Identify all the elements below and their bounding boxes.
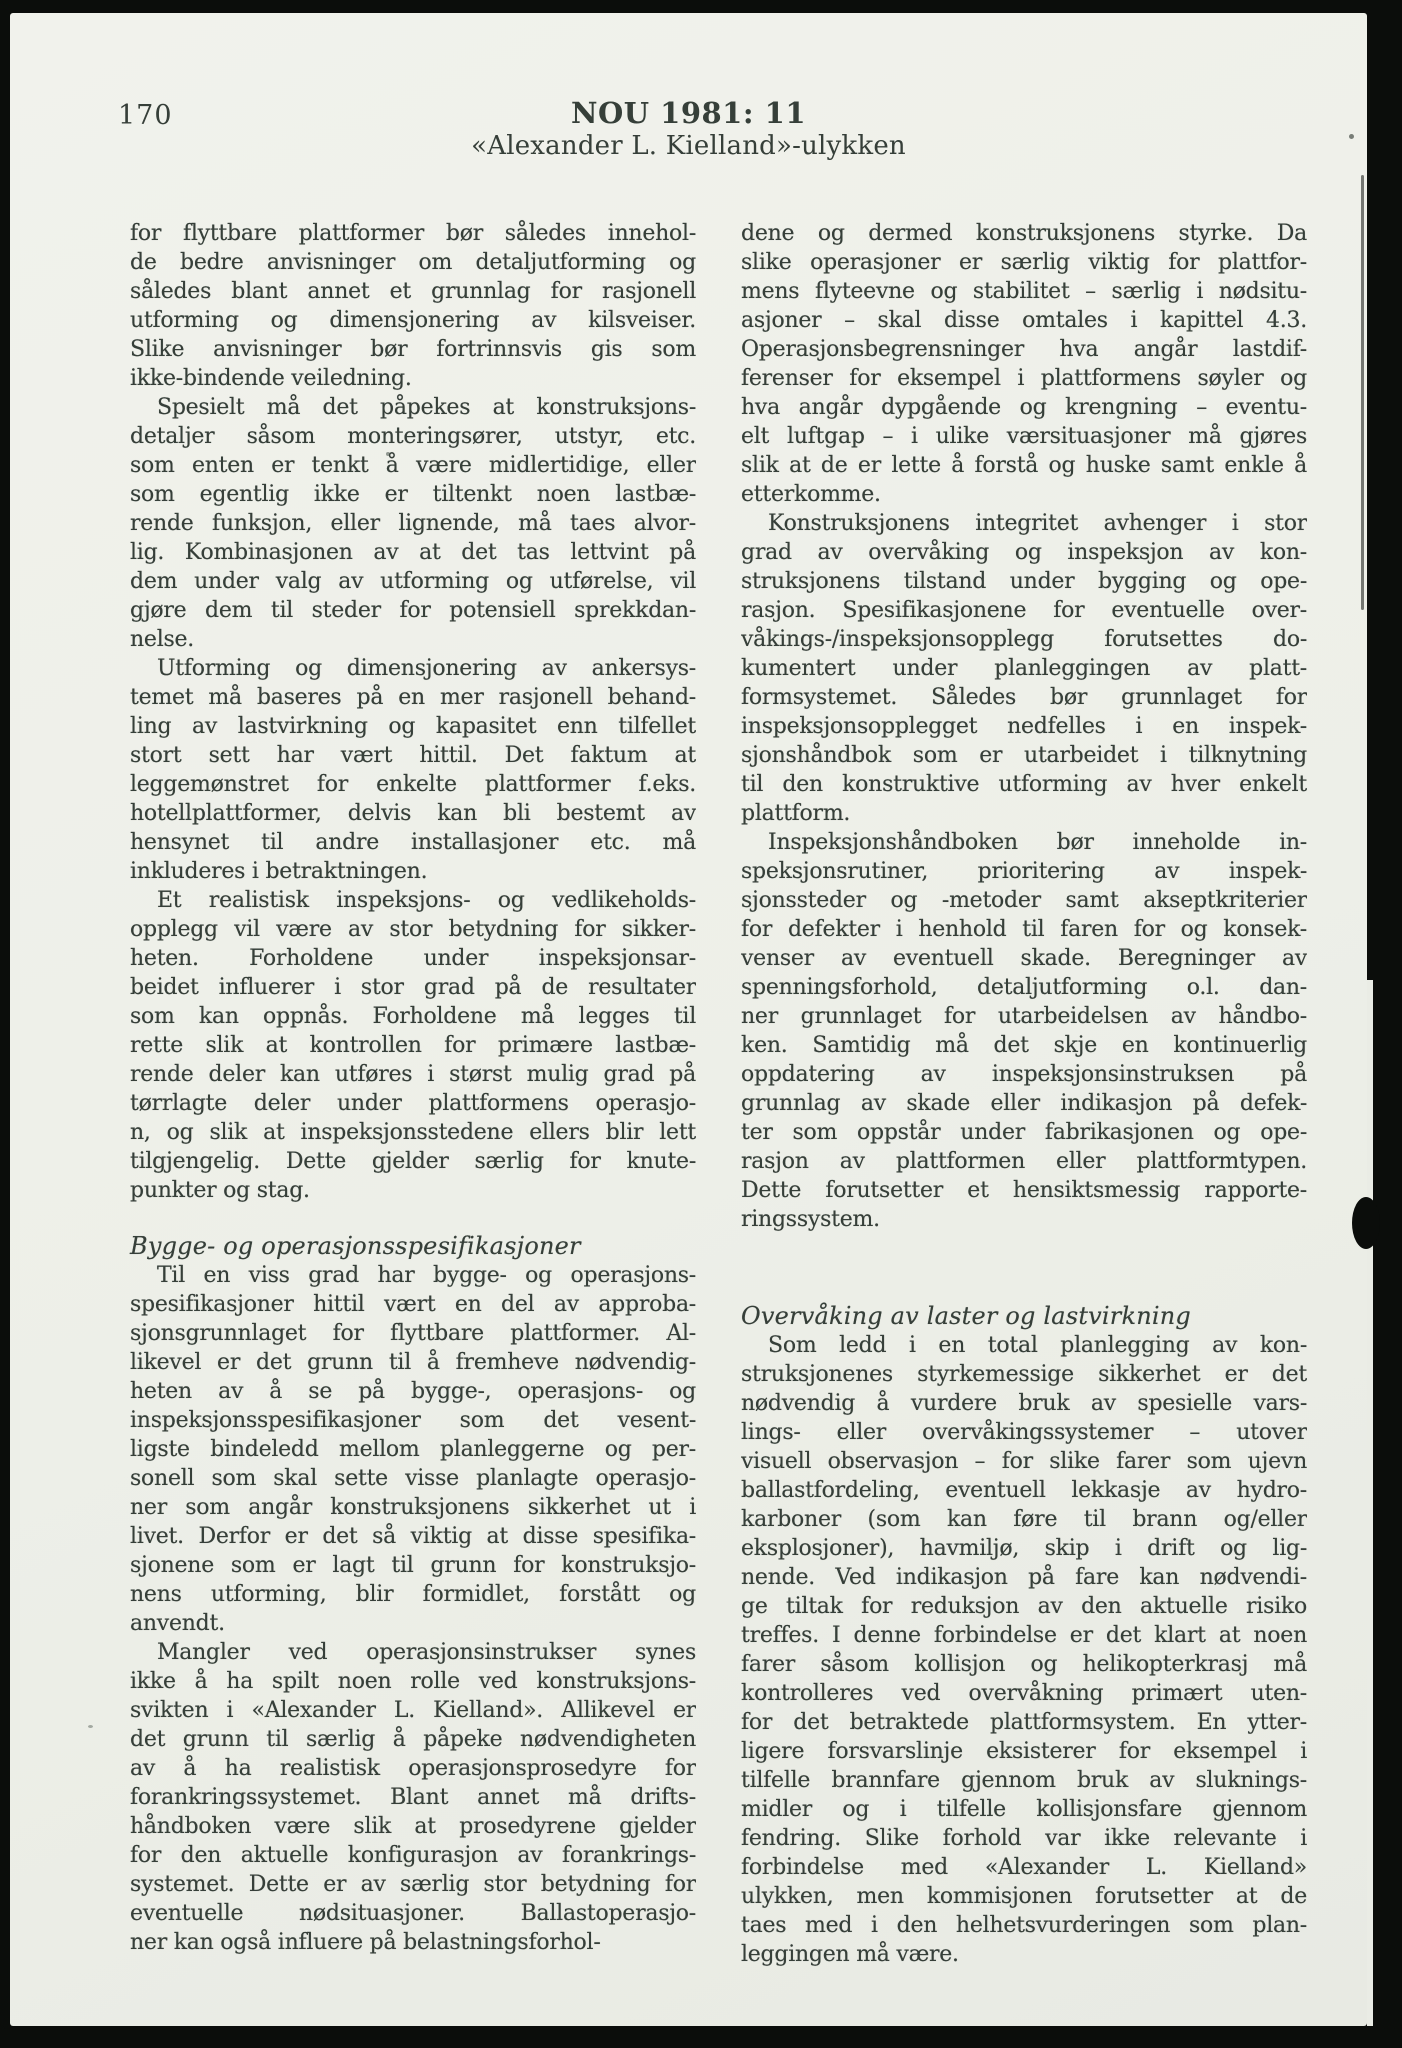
text-line: inspeksjonsopplegget nedfelles i en insp… [741,712,1307,741]
text-line: hotellplattformer, delvis kan bli bestem… [130,799,696,828]
paragraph: Utforming og dimensjonering av ankersys-… [130,654,696,886]
text-line: Operasjonsbegrensninger hva angår lastdi… [741,335,1307,364]
text-line: tilfelle brannfare gjennom bruk av slukn… [741,1766,1307,1795]
text-line: farer såsom kollisjon og helikopterkrasj… [741,1650,1307,1679]
text-line: kontrolleres ved overvåkning primært ute… [741,1679,1307,1708]
text-line: sonell som skal sette visse planlagte op… [130,1464,696,1493]
text-line: ligste bindeledd mellom planleggerne og … [130,1435,696,1464]
text-line: sjonsgrunnlaget for flyttbare plattforme… [130,1319,696,1348]
text-line: struksjonenes styrkemessige sikkerhet er… [741,1360,1307,1389]
text-line: nende. Ved indikasjon på fare kan nødven… [741,1563,1307,1592]
text-line: som enten er tenkt å være midlertidige, … [130,451,696,480]
text-line: Konstruksjonens integritet avhenger i st… [741,509,1307,538]
paragraph: Konstruksjonens integritet avhenger i st… [741,509,1307,828]
text-line: ge tiltak for reduksjon av den aktuelle … [741,1592,1307,1621]
text-line: elt luftgap – i ulike værsituasjoner må … [741,422,1307,451]
text-line: ringssystem. [741,1205,1307,1234]
text-line: ner grunnlaget for utarbeidelsen av hånd… [741,1002,1307,1031]
text-line: forbindelse med «Alexander L. Kielland» [741,1853,1307,1882]
text-line: Slike anvisninger bør fortrinnsvis gis s… [130,335,696,364]
text-line: rette slik at kontrollen for primære las… [130,1031,696,1060]
text-line: struksjonens tilstand under bygging og o… [741,567,1307,596]
text-line: treffes. I denne forbindelse er det klar… [741,1621,1307,1650]
text-line: Spesielt må det påpekes at konstruksjons… [130,393,696,422]
text-line: speksjonsrutiner, prioritering av inspek… [741,857,1307,886]
text-line: oppdatering av inspeksjonsinstruksen på [741,1060,1307,1089]
text-line: for flyttbare plattformer bør således in… [130,219,696,248]
document-page: 170 NOU 1981: 11 «Alexander L. Kielland»… [10,13,1367,2026]
text-line: asjoner – skal disse omtales i kapittel … [741,306,1307,335]
text-line: visuell observasjon – for slike farer so… [741,1447,1307,1476]
text-line: rende deler kan utføres i størst mulig g… [130,1060,696,1089]
text-line: ikke å ha spilt noen rolle ved konstruks… [130,1667,696,1696]
text-line: som kan oppnås. Forholdene må legges til [130,1002,696,1031]
text-line: leggemønstret for enkelte plattformer f.… [130,770,696,799]
text-line: av å ha realistisk operasjonsprosedyre f… [130,1754,696,1783]
text-line: dem under valg av utforming og utførelse… [130,567,696,596]
text-line: punkter og stag. [130,1176,696,1205]
paragraph: Spesielt må det påpekes at konstruksjons… [130,393,696,654]
text-line: ken. Samtidig må det skje en kontinuerli… [741,1031,1307,1060]
text-line: ligere forsvarslinje eksisterer for ekse… [741,1737,1307,1766]
text-line: som egentlig ikke er tiltenkt noen lastb… [130,480,696,509]
text-line: Mangler ved operasjonsinstrukser synes [130,1638,696,1667]
text-line: svikten i «Alexander L. Kielland». Allik… [130,1696,696,1725]
paragraph: Mangler ved operasjonsinstrukser synesik… [130,1638,696,1957]
text-line: detaljer såsom monteringsører, utstyr, e… [130,422,696,451]
paragraph: Inspeksjonshåndboken bør inneholde in-sp… [741,828,1307,1234]
text-line: spesifikasjoner hittil vært en del av ap… [130,1290,696,1319]
text-line: eventuelle nødsituasjoner. Ballastoperas… [130,1899,696,1928]
text-line: våkings-/inspeksjonsopplegg forutsettes … [741,625,1307,654]
text-line: systemet. Dette er av særlig stor betydn… [130,1870,696,1899]
text-line: eksplosjoner), havmiljø, skip i drift og… [741,1534,1307,1563]
text-line: ulykken, men kommisjonen forutsetter at … [741,1882,1307,1911]
paragraph: Et realistisk inspeksjons- og vedlikehol… [130,886,696,1205]
text-line: tørrlagte deler under plattformens opera… [130,1089,696,1118]
left-column: for flyttbare plattformer bør således in… [130,219,696,1969]
text-line: karboner (som kan føre til brann og/elle… [741,1505,1307,1534]
text-line: Inspeksjonshåndboken bør inneholde in- [741,828,1307,857]
text-line: mens flyteevne og stabilitet – særlig i … [741,277,1307,306]
scan-speck [88,1725,93,1728]
text-line: heten av å se på bygge-, operasjons- og [130,1377,696,1406]
scan-speck [1349,134,1354,139]
text-line: nelse. [130,625,696,654]
text-line: håndboken være slik at prosedyrene gjeld… [130,1812,696,1841]
text-line: forankringssystemet. Blant annet må drif… [130,1783,696,1812]
text-line: likevel er det grunn til å fremheve nødv… [130,1348,696,1377]
text-line: utforming og dimensjonering av kilsveise… [130,306,696,335]
text-line: nens utforming, blir formidlet, forstått… [130,1580,696,1609]
text-line: hva angår dypgående og krengning – event… [741,393,1307,422]
text-line: ikke-bindende veiledning. [130,364,696,393]
paragraph: dene og dermed konstruksjonens styrke. D… [741,219,1307,509]
text-line: Dette forutsetter et hensiktsmessig rapp… [741,1176,1307,1205]
section-heading: Bygge- og operasjonsspesifikasjoner [130,1232,696,1261]
text-line: etterkomme. [741,480,1307,509]
text-line: således blant annet et grunnlag for rasj… [130,277,696,306]
section-heading: Overvåking av laster og lastvirkning [741,1302,1307,1331]
text-line: nødvendig å vurdere bruk av spesielle va… [741,1389,1307,1418]
page-header: NOU 1981: 11 «Alexander L. Kielland»-uly… [10,97,1367,161]
text-line: sjonshåndbok som er utarbeidet i tilknyt… [741,741,1307,770]
text-line: Utforming og dimensjonering av ankersys- [130,654,696,683]
paragraph: Som ledd i en total planlegging av kon-s… [741,1331,1307,1969]
text-line: heten. Forholdene under inspeksjonsar- [130,944,696,973]
text-line: ling av lastvirkning og kapasitet enn ti… [130,712,696,741]
text-line: inkluderes i betraktningen. [130,857,696,886]
paragraph: Til en viss grad har bygge- og operasjon… [130,1261,696,1638]
text-line: spenningsforhold, detaljutforming o.l. d… [741,973,1307,1002]
text-line: dene og dermed konstruksjonens styrke. D… [741,219,1307,248]
text-line: gjøre dem til steder for potensiell spre… [130,596,696,625]
text-line: sjonssteder og -metoder samt akseptkrite… [741,886,1307,915]
scan-speck [386,452,390,456]
text-line: taes med i den helhetsvurderingen som pl… [741,1911,1307,1940]
scan-edge-blot [1352,1197,1380,1249]
text-line: Som ledd i en total planlegging av kon- [741,1331,1307,1360]
right-column: dene og dermed konstruksjonens styrke. D… [741,219,1307,1969]
text-line: Til en viss grad har bygge- og operasjon… [130,1261,696,1290]
text-line: kumentert under planleggingen av platt- [741,654,1307,683]
text-line: for det betraktede plattformsystem. En y… [741,1708,1307,1737]
text-line: for den aktuelle konfigurasjon av forank… [130,1841,696,1870]
text-line: tilgjengelig. Dette gjelder særlig for k… [130,1147,696,1176]
text-line: hensynet til andre installasjoner etc. m… [130,828,696,857]
text-line: beidet influerer i stor grad på de resul… [130,973,696,1002]
text-line: stort sett har vært hittil. Det faktum a… [130,741,696,770]
report-title: NOU 1981: 11 [10,97,1367,129]
text-line: ner som angår konstruksjonens sikkerhet … [130,1493,696,1522]
text-line: rasjon. Spesifikasjonene for eventuelle … [741,596,1307,625]
text-columns: for flyttbare plattformer bør således in… [130,219,1307,1969]
paragraph: for flyttbare plattformer bør således in… [130,219,696,393]
text-line: temet må baseres på en mer rasjonell beh… [130,683,696,712]
scan-edge-shadow [1361,175,1364,610]
text-line: opplegg vil være av stor betydning for s… [130,915,696,944]
text-line: rende funksjon, eller lignende, må taes … [130,509,696,538]
text-line: ferenser for eksempel i plattformens søy… [741,364,1307,393]
text-line: midler og i tilfelle kollisjonsfare gjen… [741,1795,1307,1824]
text-line: for defekter i henhold til faren for og … [741,915,1307,944]
text-line: slik at de er lette å forstå og huske sa… [741,451,1307,480]
text-line: til den konstruktive utforming av hver e… [741,770,1307,799]
text-line: fendring. Slike forhold var ikke relevan… [741,1824,1307,1853]
text-line: det grunn til særlig å påpeke nødvendigh… [130,1725,696,1754]
text-line: Et realistisk inspeksjons- og vedlikehol… [130,886,696,915]
text-line: sjonene som er lagt til grunn for konstr… [130,1551,696,1580]
text-line: plattform. [741,799,1307,828]
text-line: grunnlag av skade eller indikasjon på de… [741,1089,1307,1118]
text-line: anvendt. [130,1609,696,1638]
text-line: rasjon av plattformen eller plattformtyp… [741,1147,1307,1176]
report-subtitle: «Alexander L. Kielland»-ulykken [10,131,1367,161]
text-line: lings- eller overvåkingssystemer – utove… [741,1418,1307,1447]
text-line: lig. Kombinasjonen av at det tas lettvin… [130,538,696,567]
scan-page-edge-extension [1367,980,1373,2026]
text-line: venser av eventuell skade. Beregninger a… [741,944,1307,973]
text-line: slike operasjoner er særlig viktig for p… [741,248,1307,277]
text-line: ballastfordeling, eventuell lekkasje av … [741,1476,1307,1505]
text-line: grad av overvåking og inspeksjon av kon- [741,538,1307,567]
text-line: n, og slik at inspeksjonsstedene ellers … [130,1118,696,1147]
text-line: de bedre anvisninger om detaljutforming … [130,248,696,277]
text-line: ter som oppstår under fabrikasjonen og o… [741,1118,1307,1147]
text-line: livet. Derfor er det så viktig at disse … [130,1522,696,1551]
text-line: ner kan også influere på belastningsforh… [130,1928,696,1957]
text-line: inspeksjonsspesifikasjoner som det vesen… [130,1406,696,1435]
text-line: leggingen må være. [741,1940,1307,1969]
text-line: formsystemet. Således bør grunnlaget for [741,683,1307,712]
